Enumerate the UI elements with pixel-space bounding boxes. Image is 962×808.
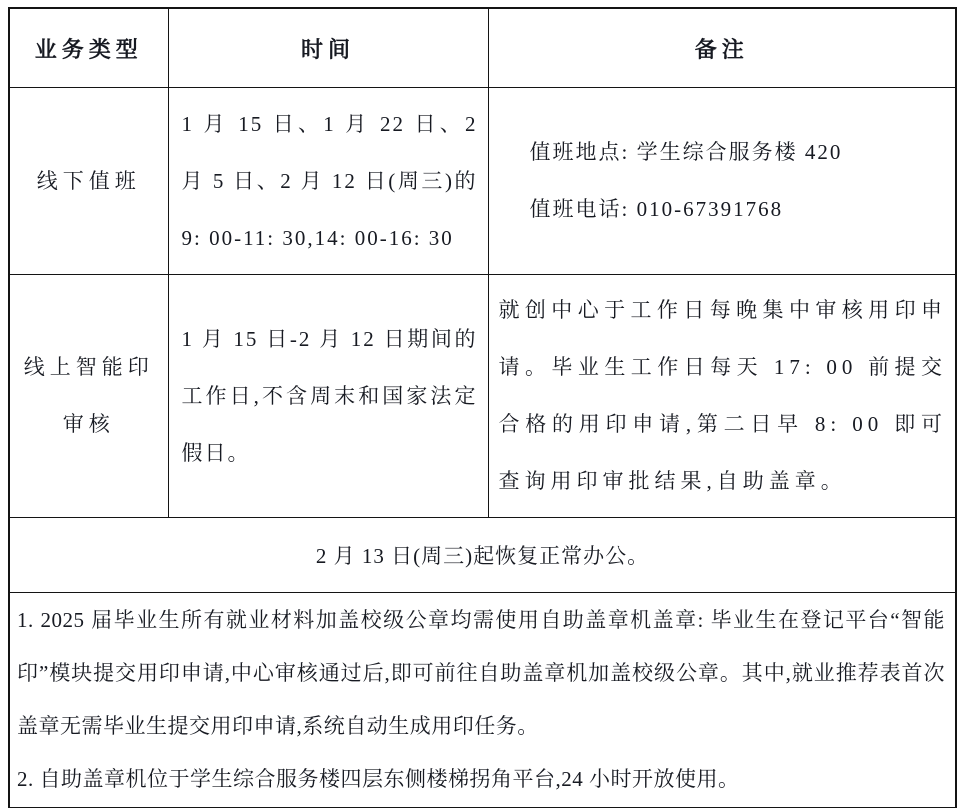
cell-online-review-time: 1 月 15 日-2 月 12 日期间的工作日,不含周末和国家法定假日。 — [168, 275, 488, 518]
resume-work-notice: 2 月 13 日(周三)起恢复正常办公。 — [9, 518, 956, 593]
footnote-2: 2. 自助盖章机位于学生综合服务楼四层东侧楼梯拐角平台,24 小时开放使用。 — [17, 753, 945, 806]
online-review-type-line1: 线上智能印 — [11, 339, 167, 396]
table-row-footnotes: 1. 2025 届毕业生所有就业材料加盖校级公章均需使用自助盖章机盖章: 毕业生… — [9, 593, 956, 808]
table-row-offline-duty: 线下值班 1 月 15 日、1 月 22 日、2 月 5 日、2 月 12 日(… — [9, 88, 956, 275]
document-page: 业务类型 时间 备注 线下值班 1 月 15 日、1 月 22 日、2 月 5 … — [0, 0, 962, 808]
table-row-resume-notice: 2 月 13 日(周三)起恢复正常办公。 — [9, 518, 956, 593]
cell-online-review-type: 线上智能印 审核 — [9, 275, 168, 518]
table-row-online-review: 线上智能印 审核 1 月 15 日-2 月 12 日期间的工作日,不含周末和国家… — [9, 275, 956, 518]
table-header-row: 业务类型 时间 备注 — [9, 8, 956, 88]
footnote-1: 1. 2025 届毕业生所有就业材料加盖校级公章均需使用自助盖章机盖章: 毕业生… — [17, 594, 945, 753]
cell-offline-duty-remark: 值班地点: 学生综合服务楼 420 值班电话: 010-67391768 — [488, 88, 956, 275]
duty-location-line: 值班地点: 学生综合服务楼 420 — [530, 124, 955, 181]
cell-online-review-remark: 就创中心于工作日每晚集中审核用印申请。毕业生工作日每天 17: 00 前提交合格… — [488, 275, 956, 518]
duty-phone-line: 值班电话: 010-67391768 — [530, 181, 955, 238]
online-review-type-line2: 审核 — [11, 396, 167, 453]
header-cell-time: 时间 — [168, 8, 488, 88]
cell-offline-duty-time: 1 月 15 日、1 月 22 日、2 月 5 日、2 月 12 日(周三)的 … — [168, 88, 488, 275]
header-cell-remarks: 备注 — [488, 8, 956, 88]
cell-offline-duty-type: 线下值班 — [9, 88, 168, 275]
header-cell-business-type: 业务类型 — [9, 8, 168, 88]
footnotes-cell: 1. 2025 届毕业生所有就业材料加盖校级公章均需使用自助盖章机盖章: 毕业生… — [9, 593, 956, 808]
business-schedule-table: 业务类型 时间 备注 线下值班 1 月 15 日、1 月 22 日、2 月 5 … — [8, 7, 957, 808]
